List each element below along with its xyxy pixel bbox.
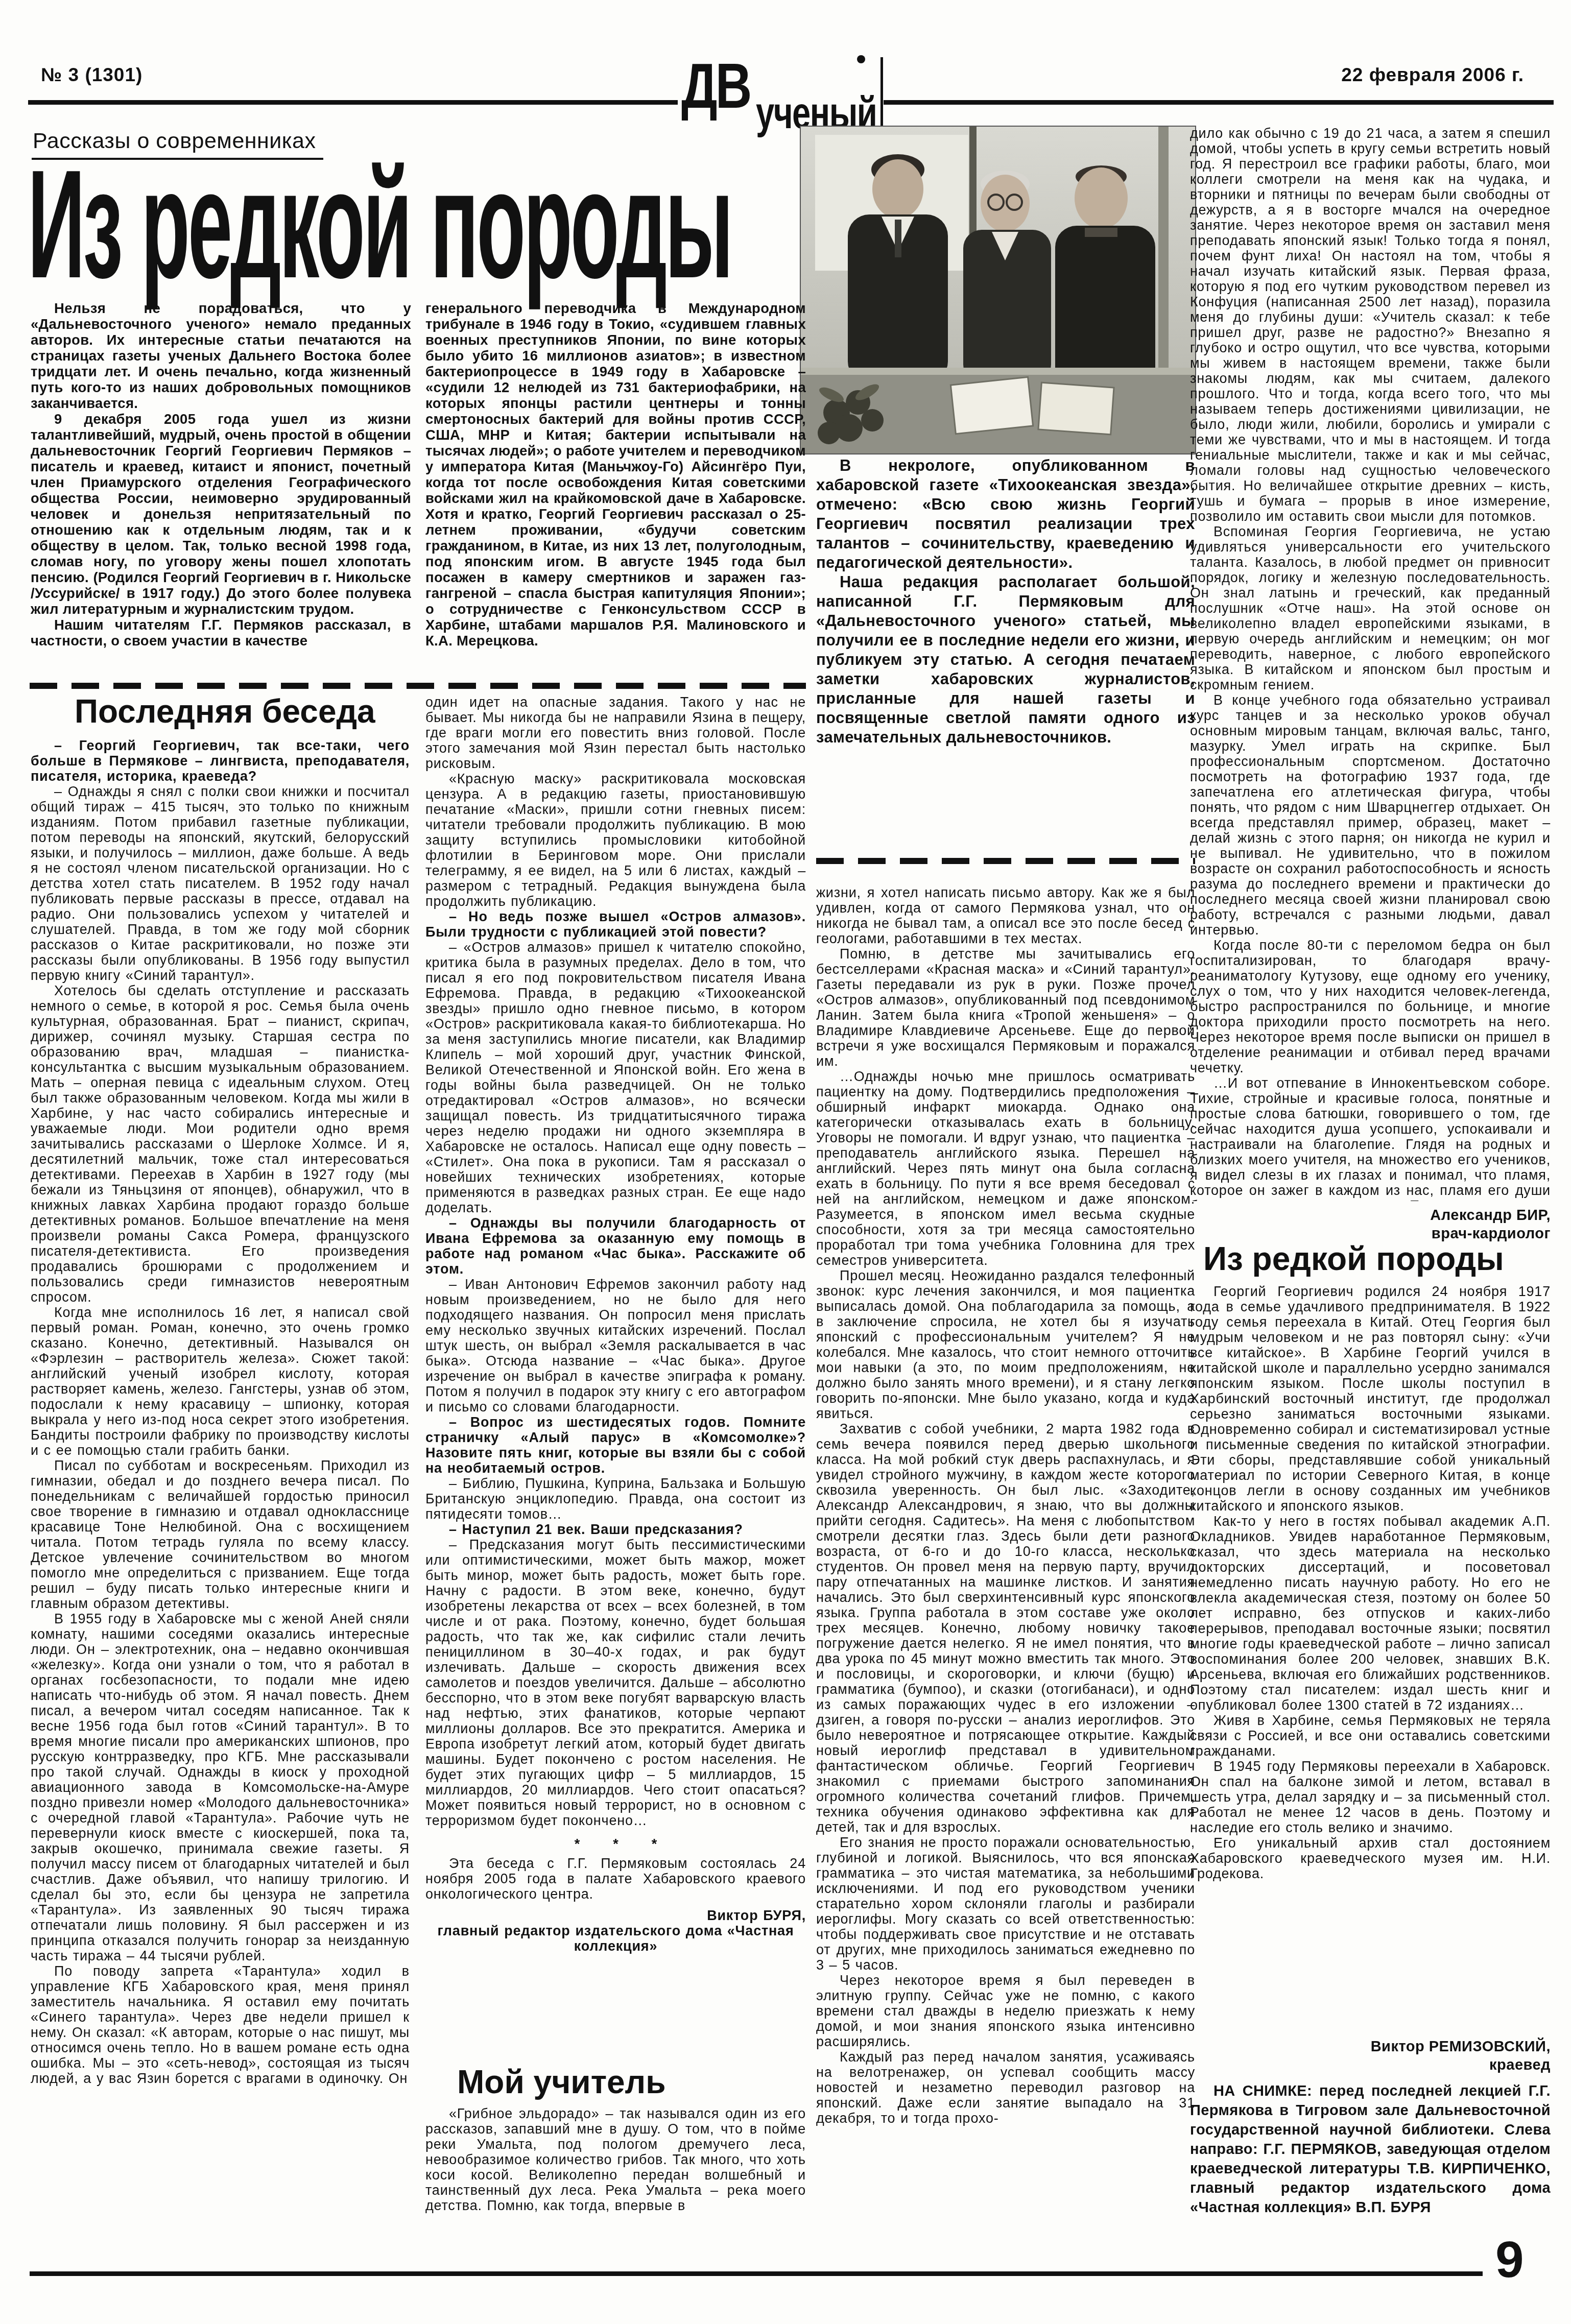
paragraph: НА СНИМКЕ: перед последней лекцией Г.Г. …: [1190, 2081, 1551, 2217]
interview-column-2: один идет на опасные задания. Такого у н…: [425, 694, 806, 2057]
paragraph: В некрологе, опубликованном в хабаровско…: [816, 456, 1195, 572]
paragraph: Захватив с собой учебники, 2 марта 1982 …: [816, 1421, 1195, 1835]
masthead-date: 22 февраля 2006 г.: [1341, 64, 1524, 86]
my-teacher-column-2: «Грибное эльдорадо» – так назывался один…: [425, 2106, 806, 2274]
dashed-divider-right: [816, 858, 1195, 864]
logo-dv-text: ДВ: [681, 50, 750, 123]
paragraph: – Библию, Пушкина, Куприна, Бальзака и Б…: [425, 1476, 806, 1522]
signature-name: Виктор РЕМИЗОВСКИЙ,: [1190, 2038, 1551, 2056]
paragraph: один идет на опасные задания. Такого у н…: [425, 694, 806, 771]
header-rule-right: [884, 100, 1554, 105]
paragraph: жизни, я хотел написать письмо автору. К…: [816, 885, 1195, 946]
photo-caption-block: В некрологе, опубликованном в хабаровско…: [816, 456, 1195, 849]
interview-question: – Вопрос из шестидесятых годов. Помните …: [425, 1415, 806, 1476]
photo-illustration: [801, 127, 1195, 453]
paragraph: – Однажды я снял с полки свои книжки и п…: [31, 784, 410, 983]
paragraph: – Предсказания могут быть пессимистическ…: [425, 1537, 806, 1828]
paragraph: Наша редакция располагает большой, напис…: [816, 572, 1195, 747]
paragraph: Вспоминая Георгия Георгиевича, не устаю …: [1190, 524, 1551, 692]
paragraph: Когда после 80-ти с переломом бедра он б…: [1190, 938, 1551, 1075]
signature-title: краевед: [1190, 2056, 1551, 2074]
paragraph: Помню, в детстве мы зачитывались его бес…: [816, 946, 1195, 1069]
signature-name: Александр БИР,: [1190, 1206, 1551, 1225]
paragraph: Нашим читателям Г.Г. Пермяков рассказал,…: [31, 617, 411, 649]
paragraph: – Иван Антонович Ефремов закончил работу…: [425, 1277, 806, 1415]
paragraph: Когда мне исполнилось 16 лет, я написал …: [31, 1305, 410, 1458]
signature: главный редактор издательского дома «Час…: [425, 1923, 806, 1954]
my-teacher-column-4: дило как обычно с 19 до 21 часа, а затем…: [1190, 126, 1551, 1201]
interview-question: – Однажды вы получили благодарность от И…: [425, 1215, 806, 1277]
photo-three-men: [801, 127, 1195, 453]
lead-column-2: генерального переводчика в Международном…: [425, 300, 806, 684]
masthead-logo: ДВ ученый: [680, 57, 883, 133]
paragraph: Нельзя не порадоваться, что у «Дальневос…: [31, 300, 411, 411]
signature: Виктор БУРЯ,: [425, 1902, 806, 1923]
paragraph: генерального переводчика в Международном…: [425, 300, 806, 649]
paragraph: В 1945 году Пермяковы переехали в Хабаро…: [1190, 1759, 1551, 1835]
logo-flourish-icon: [857, 55, 865, 63]
paragraph: – «Остров алмазов» пришел к читателю спо…: [425, 940, 806, 1215]
interview-question: – Наступил 21 век. Ваши предсказания?: [425, 1522, 806, 1537]
paragraph: Его уникальный архив стал достоянием Хаб…: [1190, 1835, 1551, 1881]
paragraph: Каждый раз перед началом занятия, усажив…: [816, 2049, 1195, 2126]
paragraph: «Красную маску» раскритиковала московска…: [425, 771, 806, 909]
paragraph: В конце учебного года обязательно устраи…: [1190, 692, 1551, 938]
paragraph: Прошел месяц. Неожиданно раздался телефо…: [816, 1268, 1195, 1421]
my-teacher-column-3: жизни, я хотел написать письмо автору. К…: [816, 885, 1195, 2275]
section-heading: Последняя беседа: [31, 689, 410, 738]
paragraph: «Грибное эльдорадо» – так назывался один…: [425, 2106, 806, 2213]
paragraph: Георгий Георгиевич родился 24 ноября 191…: [1190, 1284, 1551, 1514]
paragraph: дило как обычно с 19 до 21 часа, а затем…: [1190, 126, 1551, 524]
lead-column-1: Нельзя не порадоваться, что у «Дальневос…: [31, 300, 411, 684]
dashed-divider-left: [30, 683, 806, 689]
rare-breed-column: Георгий Георгиевич родился 24 ноября 191…: [1190, 1284, 1551, 2033]
paragraph: Эта беседа с Г.Г. Пермяковым состоялась …: [425, 1856, 806, 1902]
paragraph: В 1955 году в Хабаровске мы с женой Аней…: [31, 1611, 410, 1963]
paragraph: …И вот отпевание в Иннокентьевском собор…: [1190, 1075, 1551, 1201]
asterisk-divider: * * *: [425, 1828, 806, 1856]
interview-question: – Георгий Георгиевич, так все-таки, чего…: [31, 738, 410, 784]
newspaper-page: № 3 (1301) 22 февраля 2006 г. ДВ ученый …: [0, 0, 1571, 2324]
page-number: 9: [1495, 2231, 1524, 2289]
paragraph: Живя в Харбине, семья Пермяковых не теря…: [1190, 1713, 1551, 1759]
paragraph: 9 декабря 2005 года ушел из жизни талант…: [31, 411, 411, 617]
paragraph: Писал по субботам и воскресеньям. Приход…: [31, 1458, 410, 1611]
paragraph: Хотелось бы сделать отступление и расска…: [31, 983, 410, 1305]
bottom-rule: [30, 2271, 1483, 2276]
remizovsky-signature: Виктор РЕМИЗОВСКИЙ, краевед: [1190, 2038, 1551, 2074]
paragraph: По поводу запрета «Тарантула» ходил в уп…: [31, 1963, 410, 2086]
paragraph: Его знания не просто поражали основатель…: [816, 1835, 1195, 1973]
interview-column-1: Последняя беседа– Георгий Георгиевич, та…: [31, 689, 410, 2274]
interview-question: – Но ведь позже вышел «Остров алмазов». …: [425, 909, 806, 940]
paragraph: Через некоторое время я был переведен в …: [816, 1973, 1195, 2049]
rare-breed-heading: Из редкой породы: [1190, 1240, 1564, 1278]
header-rule-left: [28, 100, 678, 105]
bir-signature: Александр БИР, врач-кардиолог: [1190, 1206, 1551, 1243]
paragraph: Как-то у него в гостях побывал академик …: [1190, 1514, 1551, 1713]
paragraph: …Однажды ночью мне пришлось осматривать …: [816, 1069, 1195, 1268]
masthead-issue: № 3 (1301): [41, 64, 142, 86]
my-teacher-heading: Мой учитель: [425, 2063, 838, 2101]
